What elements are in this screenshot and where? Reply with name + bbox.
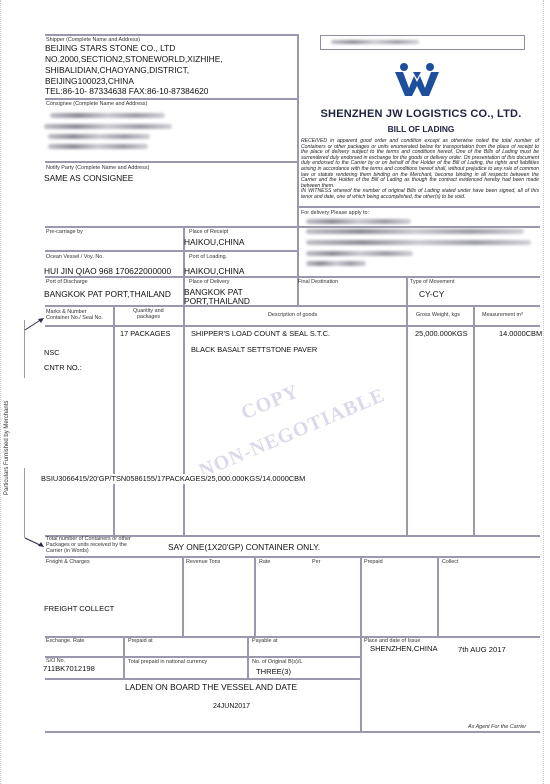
measurement-value: 14.0000CBM — [499, 329, 542, 339]
marks-header-2: Container No./ Seal No. — [46, 315, 103, 321]
description-line-1: SHIPPER'S LOAD COUNT & SEAL S.T.C. — [191, 329, 330, 339]
quantity-header-2: packages — [137, 314, 160, 320]
watermark-copy: COPY — [238, 380, 303, 425]
container-line: BSIU3066415/20'GP/TSN0586155/17PACKAGES/… — [41, 474, 305, 484]
bl-number-box — [320, 35, 525, 50]
original-bls-label: No. of Original B(s)/L — [252, 659, 302, 665]
port-of-loading-value: HAIKOU,CHINA — [184, 266, 245, 276]
arrow-up-icon — [20, 316, 46, 332]
payable-at-label: Payable at — [252, 638, 277, 644]
port-of-discharge-value: BANGKOK PAT PORT,THAILAND — [44, 289, 171, 299]
redacted-agent-line — [306, 229, 524, 234]
prepaid-at-label: Prepaid at — [128, 638, 153, 644]
place-of-delivery-line-2: PORT,THAILAND — [184, 296, 250, 306]
redacted-consignee-line — [44, 124, 172, 129]
totals-label-3: Carrier (in Words) — [46, 549, 89, 555]
date-of-issue-value: 7th AUG 2017 — [458, 645, 506, 655]
description-line-2: BLACK BASALT SETTSTONE PAVER — [191, 345, 317, 355]
arrow-down-icon — [20, 536, 46, 550]
rate-label: Rate — [259, 559, 270, 565]
company-logo — [393, 62, 441, 98]
agent-signature-label: As Agent For the Carrier — [468, 724, 526, 730]
quantity-value: 17 PACKAGES — [120, 329, 170, 339]
type-of-movement-label: Type of Movement — [410, 279, 454, 285]
redacted-agent-line — [306, 261, 366, 266]
pre-carriage-label: Pre-carriage by — [46, 229, 83, 235]
measurement-header: Measurement m³ — [482, 312, 523, 318]
laden-on-board-date: 24JUN2017 — [213, 702, 250, 712]
prepaid-label: Prepaid — [364, 559, 383, 565]
original-bls-value: THREE(3) — [256, 667, 291, 677]
type-of-movement-value: CY-CY — [419, 289, 444, 299]
marks-line-1: NSC — [44, 348, 60, 358]
so-no-value: 711BK7012198 — [43, 664, 95, 674]
place-of-receipt-label: Place of Receipt — [189, 229, 228, 235]
totals-value: SAY ONE(1X20'GP) CONTAINER ONLY. — [168, 542, 320, 552]
port-of-loading-label: Port of Loading. — [189, 254, 227, 260]
exchange-rate-label: Exchange. Rate — [46, 638, 84, 644]
ocean-vessel-label: Ocean Vessel / Voy. No. — [46, 254, 104, 260]
terms-text: RECEIVED in apparent good order and cond… — [301, 139, 539, 201]
page-edge-left — [0, 0, 1, 784]
shipper-line-5: TEL:86-10- 87334638 FAX:86-10-87384620 — [45, 86, 208, 96]
page-edge-right — [543, 0, 544, 784]
gross-weight-header: Gross Weight, kgs — [416, 312, 460, 318]
notify-party-label: Notify Party (Complete Name and Address) — [46, 165, 149, 171]
redacted-bl-number — [331, 40, 419, 44]
terms-received: RECEIVED in apparent good order and cond… — [301, 138, 539, 189]
redacted-consignee-line — [48, 134, 150, 139]
freight-charges-label: Freight & Charges — [46, 559, 90, 565]
description-header: Description of goods — [268, 312, 317, 318]
consignee-label: Consignee (Complete Name and Address) — [46, 101, 147, 107]
laden-on-board-label: LADEN ON BOARD THE VESSEL AND DATE — [125, 682, 297, 692]
company-name: SHENZHEN JW LOGISTICS CO., LTD. — [300, 108, 542, 120]
redacted-agent-line — [306, 219, 411, 224]
revenue-tons-label: Revenue Tons — [186, 559, 220, 565]
notify-party-value: SAME AS CONSIGNEE — [44, 173, 133, 183]
port-of-discharge-label: Port of Discharge — [46, 279, 88, 285]
particulars-side-label: Particulars Furnished by Merchants — [4, 401, 10, 495]
place-of-issue-value: SHENZHEN,CHINA — [370, 644, 438, 654]
per-label: Per — [312, 559, 320, 565]
shipper-line-3: SHIBALIDIAN,CHAOYANG,DISTRICT, — [45, 65, 189, 75]
shipper-line-4: BEIJING100023,CHINA — [45, 76, 134, 86]
gross-weight-value: 25,000.000KGS — [415, 329, 468, 339]
shipper-line-1: BEIJING STARS STONE CO., LTD — [45, 43, 175, 53]
redacted-consignee-line — [50, 113, 165, 118]
freight-value: FREIGHT COLLECT — [44, 604, 114, 614]
document-title: BILL OF LADING — [300, 124, 542, 134]
place-of-receipt-value: HAIKOU,CHINA — [184, 237, 245, 247]
final-destination-label: Final Destination — [298, 279, 338, 285]
delivery-agent-label: For delivery Please apply to: — [301, 210, 369, 216]
total-prepaid-label: Total prepaid in national currency — [128, 659, 207, 665]
redacted-consignee-line — [48, 144, 148, 149]
collect-label: Collect — [442, 559, 458, 565]
redacted-agent-line — [306, 251, 413, 256]
terms-witness: IN WITNESS whereof the number of origina… — [301, 188, 539, 200]
marks-line-2: CNTR NO.: — [44, 363, 82, 373]
shipper-line-2: NO.2000,SECTION2,STONEWORLD,XIZHIHE, — [45, 54, 223, 64]
ocean-vessel-value: HUI JIN QIAO 968 170622000000 — [44, 266, 171, 276]
redacted-agent-line — [306, 240, 531, 245]
place-of-delivery-label: Place of Delivery — [189, 279, 229, 285]
jw-logo-icon — [393, 62, 441, 98]
